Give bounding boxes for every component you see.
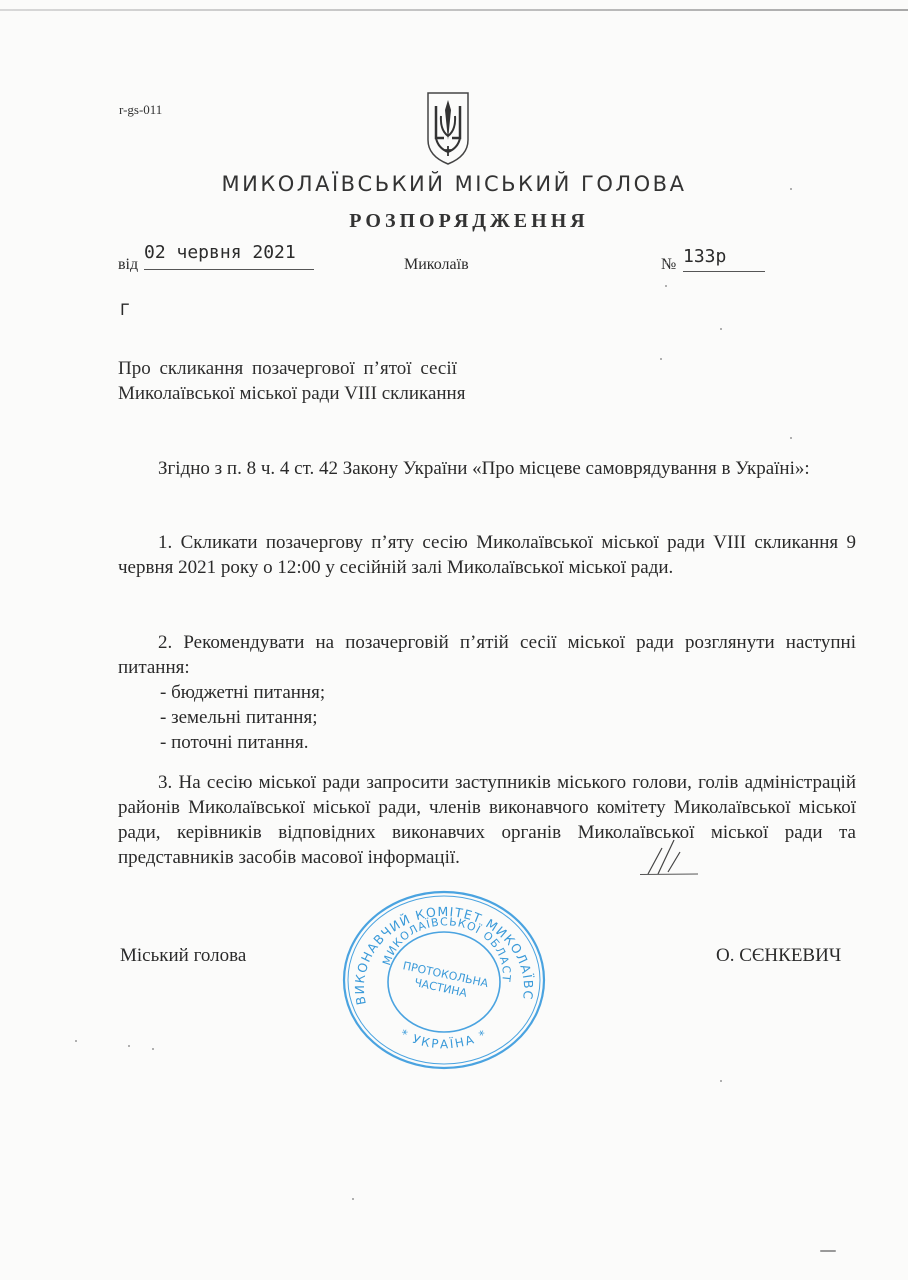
document-date: 02 червня 2021	[144, 242, 314, 270]
svg-text:* УКРАЇНА *: * УКРАЇНА *	[398, 1026, 490, 1051]
subject-line-2: Миколаївської міської ради VIII скликанн…	[118, 381, 465, 406]
paragraph-item-2: 2. Рекомендувати на позачерговій п’ятій …	[118, 630, 856, 680]
scan-speck	[665, 285, 667, 287]
subject-line-1: Про скликання позачергової п’ятої сесії	[118, 356, 465, 381]
document-city: Миколаїв	[404, 256, 469, 274]
scan-speck	[128, 1045, 130, 1047]
date-prefix-label: від	[118, 256, 138, 274]
list-item: - земельні питання;	[160, 705, 856, 730]
signatory-title: Міський голова	[120, 945, 246, 967]
document-number: 133р	[683, 246, 765, 272]
handwritten-initials-mark	[640, 830, 700, 880]
scan-speck	[790, 188, 792, 190]
official-stamp-icon: ВИКОНАВЧИЙ КОМІТЕТ МИКОЛАЇВСЬКОЇ МІСЬКОЇ…	[338, 886, 550, 1072]
document-code: r-gs-011	[119, 102, 162, 118]
scan-speck	[660, 358, 662, 360]
issuer-heading: МИКОЛАЇВСЬКИЙ МІСЬКИЙ ГОЛОВА	[0, 172, 908, 196]
paragraph-item-2-block: 2. Рекомендувати на позачерговій п’ятій …	[118, 630, 856, 755]
signatory-name: О. СЄНКЕВИЧ	[716, 945, 841, 967]
document-meta-row: від 02 червня 2021 Миколаїв № 133р	[118, 240, 778, 274]
scan-speck	[790, 437, 792, 439]
scan-speck	[720, 1080, 722, 1082]
paragraph-item-3: 3. На сесію міської ради запросити засту…	[118, 770, 856, 870]
list-item: - бюджетні питання;	[160, 680, 856, 705]
scan-speck	[665, 262, 667, 264]
scan-speck	[75, 1040, 77, 1042]
scan-edge-line	[0, 9, 908, 11]
corner-mark: Г	[120, 300, 130, 319]
paragraph-item-1: 1. Скликати позачергову п’яту сесію Мико…	[118, 530, 856, 580]
document-type-heading: РОЗПОРЯДЖЕННЯ	[0, 210, 908, 233]
list-item: - поточні питання.	[160, 730, 856, 755]
paragraph-basis: Згідно з п. 8 ч. 4 ст. 42 Закону України…	[118, 456, 856, 481]
item-2-list: - бюджетні питання; - земельні питання; …	[118, 680, 856, 755]
scan-speck	[352, 1198, 354, 1200]
scan-speck	[820, 1250, 836, 1252]
number-label: №	[661, 256, 676, 274]
stamp-bottom-text: * УКРАЇНА *	[398, 1026, 490, 1051]
scan-speck	[152, 1048, 154, 1050]
trident-coat-of-arms-icon	[424, 90, 472, 166]
document-subject: Про скликання позачергової п’ятої сесії …	[118, 356, 465, 406]
scan-speck	[720, 328, 722, 330]
